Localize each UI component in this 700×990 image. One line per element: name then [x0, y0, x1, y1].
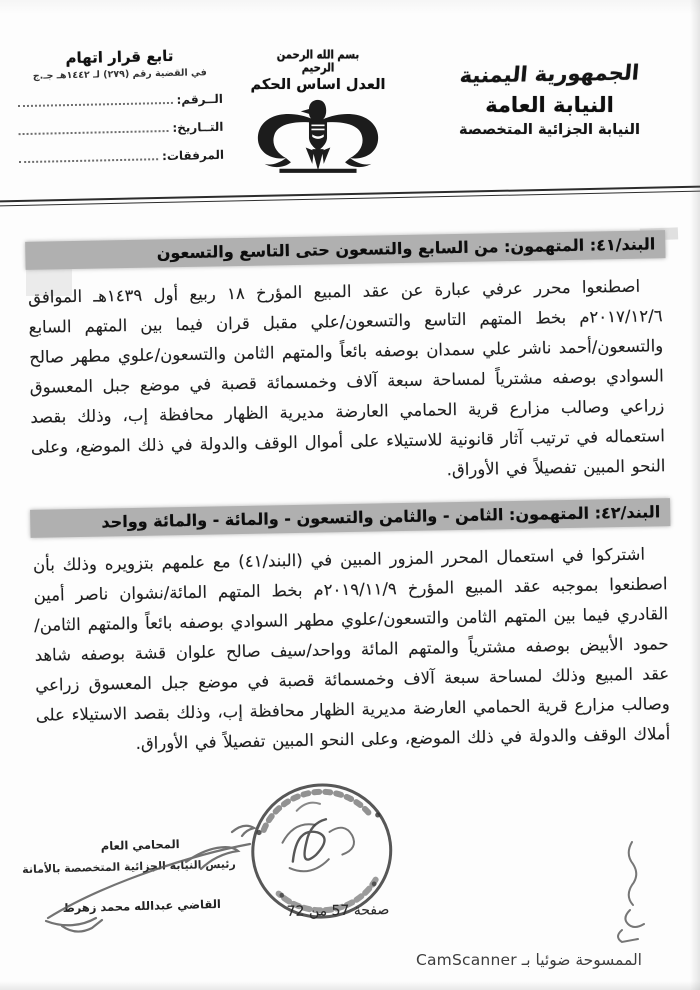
prosecution-head-title: رئيس النيابة الجزائية المتخصصة بالأمانة: [46, 858, 236, 876]
authority-name: النيابة العامة: [417, 93, 682, 117]
country-name: الجمهورية اليمنية: [416, 60, 684, 89]
letterhead-block: الجمهورية اليمنية النيابة العامة النيابة…: [417, 62, 682, 138]
date-field-dotted-line: [18, 120, 168, 135]
number-field-dotted-line: [18, 92, 173, 107]
justice-motto: العدل اساس الحكم: [238, 77, 398, 93]
department-name: النيابة الجزائية المتخصصة: [417, 122, 682, 138]
clause-42-text: اشتركوا في استعمال المحرر المزور المبين …: [33, 539, 671, 761]
clause-42-heading: البند/٤٢: المتهمون: الثامن - والثامن وال…: [30, 498, 670, 538]
header-divider-line: [0, 186, 700, 207]
page-number: صفحة 57 من 72: [248, 901, 428, 920]
document-continuation-title: تابع قرار اتهام: [17, 46, 222, 68]
signature-block: المحامي العام رئيس النيابة الجزائية المت…: [45, 836, 237, 916]
clause-41-section: البند/٤١: المتهمون: من السابع والتسعون ح…: [25, 230, 669, 493]
clause-41-text: اصطنعوا محرر عرفي عبارة عن عقد المبيع ال…: [28, 271, 666, 493]
indictment-body: البند/٤١: المتهمون: من السابع والتسعون ح…: [25, 230, 675, 778]
clause-42-section: البند/٤٢: المتهمون: الثامن - والثامن وال…: [30, 498, 674, 761]
yemen-eagle-emblem-icon: [243, 95, 393, 177]
attachments-field-label: المرفقات:: [162, 148, 224, 163]
camscanner-credit: الممسوحة ضوئيا بـ CamScanner: [416, 951, 642, 969]
number-field-label: الــرقم:: [176, 92, 223, 107]
attachments-field-dotted-line: [19, 148, 158, 163]
case-reference-block: تابع قرار اتهام في القضية رقم (٢٧٩) لـ ١…: [17, 46, 224, 166]
attachments-field-row: المرفقات:: [19, 147, 224, 166]
attorney-general-title: المحامي العام: [45, 836, 235, 855]
number-field-row: الــرقم:: [18, 91, 223, 110]
case-number-line: في القضية رقم (٢٧٩) لـ ١٤٤٢هـ جـ.ج: [17, 67, 222, 82]
date-field-label: التــاريخ:: [172, 120, 223, 135]
date-field-row: التــاريخ:: [18, 119, 223, 138]
margin-scribble-mark-icon: [608, 838, 652, 948]
bismillah-calligraphy: بسم الله الرحمن الرحيم: [272, 50, 364, 75]
scanned-indictment-page: تابع قرار اتهام في القضية رقم (٢٧٩) لـ ١…: [0, 0, 700, 990]
judge-name: القاضي عبدالله محمد زهرط: [47, 897, 237, 916]
clause-41-heading: البند/٤١: المتهمون: من السابع والتسعون ح…: [25, 230, 665, 270]
emblem-block: بسم الله الرحمن الرحيم العدل اساس الحكم: [238, 52, 398, 177]
